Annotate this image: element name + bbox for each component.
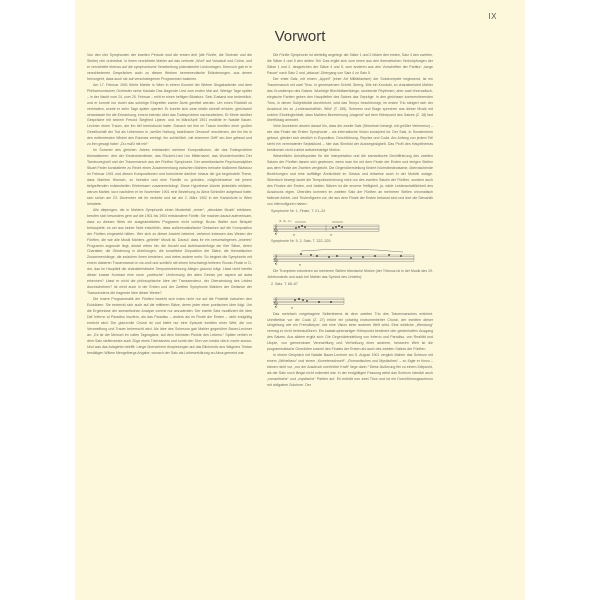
svg-text:ff: ff [330,233,333,237]
paragraph: Am 17. Februar 1901 führte Mahler in Wie… [87,83,252,148]
music-example-label: 2. Satz, T. 65–67 [271,282,433,288]
svg-text:𝄞: 𝄞 [273,297,278,308]
svg-text:ff: ff [291,306,294,310]
music-staff-icon: 𝄞 (fl., ob., cl.) ff ff [271,217,381,237]
page-number: IX [488,12,497,21]
svg-text:(fl., ob., cl.): (fl., ob., cl.) [279,220,292,223]
music-example-1: 𝄞 (fl., ob., cl.) ff ff [271,217,433,237]
music-example-label: Symphonie Nr. 5, 2. Satz, T. 322–325 [271,239,433,245]
right-text-column: Die Fünfte Symphonie ist dreiteilig ange… [267,53,433,389]
paragraph: In einem Gespräch mit Natalie Bauer-Lech… [267,353,433,389]
paragraph: Wesentliche Anhaltspunkte für die Interp… [267,154,433,208]
music-example-3: 𝄞 ff [271,290,433,310]
paragraph: Die Trompeten intonieren an mehreren Ste… [267,269,433,281]
music-example-2: 𝄞 ff [271,247,433,267]
paragraph: Von den vier Symphonien der zweiten Peri… [87,53,252,83]
svg-text:ff: ff [293,233,296,237]
paragraph: Im Sommer des gleichen Jahres entstanden… [87,148,252,208]
paragraph: Alle diejenigen, die in Mahlers Symphoni… [87,208,252,297]
paragraph: Die Fünfte Symphonie ist dreiteilig ange… [267,53,433,77]
music-staff-icon: 𝄞 ff [271,290,346,310]
svg-text:𝄞: 𝄞 [273,224,278,235]
paragraph: Die innere Programmatik der Fünften bezi… [87,297,252,357]
paragraph: Das mehrfach vorgetragene Seitenthema is… [267,312,433,354]
svg-text:𝄞: 𝄞 [273,254,278,265]
page-title: Vorwort [75,28,525,45]
svg-text:ff: ff [299,263,302,267]
paragraph: Viele Anzeichen deuten darauf hin, dass … [267,124,433,154]
paragraph: Der erste Satz, mit einem „Appell“ (eine… [267,77,433,125]
music-staff-icon: 𝄞 ff [271,247,416,267]
left-text-column: Von den vier Symphonien der zweiten Peri… [87,53,252,357]
music-example-label: Symphonie Nr. 1, Finale, T. 21–24 [271,209,433,215]
score-preface-page: IX Vorwort Von den vier Symphonien der z… [75,0,525,600]
